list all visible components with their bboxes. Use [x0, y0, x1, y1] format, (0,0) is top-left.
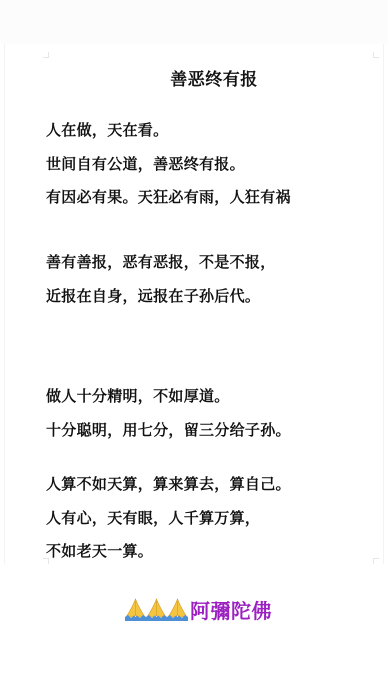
poem-line: 做人十分精明，不如厚道。	[46, 380, 291, 414]
poem-line: 世间自有公道，善恶终有报。	[46, 148, 291, 182]
crop-mark-top-left	[43, 52, 49, 58]
poem-line: 人有心，天有眼，人千算万算，	[46, 502, 291, 536]
folded-hands-icon	[125, 597, 146, 621]
crop-mark-top-right	[373, 52, 379, 58]
top-band	[0, 0, 388, 44]
stanza-1: 人在做，天在看。 世间自有公道，善恶终有报。 有因必有果。天狂必有雨，人狂有祸	[46, 114, 291, 215]
blessing-footer: 阿彌陀佛	[125, 593, 272, 625]
poem-line: 善有善报，恶有恶报，不是不报，	[46, 246, 276, 280]
crop-mark-bottom-right	[373, 558, 379, 564]
stanza-2: 善有善报，恶有恶报，不是不报， 近报在自身，远报在子孙后代。	[46, 246, 276, 313]
poem-line: 十分聪明，用七分，留三分给子孙。	[46, 414, 291, 448]
stanza-4-lines: 人算不如天算，算来算去，算自己。 人有心，天有眼，人千算万算， 不如老天一算。	[46, 468, 291, 569]
poem-line: 人在做，天在看。	[46, 114, 291, 148]
folded-hands-icon	[167, 597, 188, 621]
poem-line: 不如老天一算。	[46, 535, 291, 569]
stanza-3: 做人十分精明，不如厚道。 十分聪明，用七分，留三分给子孙。	[46, 380, 291, 447]
blessing-text: 阿彌陀佛	[190, 595, 272, 624]
poem-line: 人算不如天算，算来算去，算自己。	[46, 468, 291, 502]
poem-line: 有因必有果。天狂必有雨，人狂有祸	[46, 181, 291, 215]
poem-line: 近报在自身，远报在子孙后代。	[46, 280, 276, 314]
folded-hands-icon	[146, 597, 167, 621]
document-title: 善恶终有报	[0, 65, 388, 90]
